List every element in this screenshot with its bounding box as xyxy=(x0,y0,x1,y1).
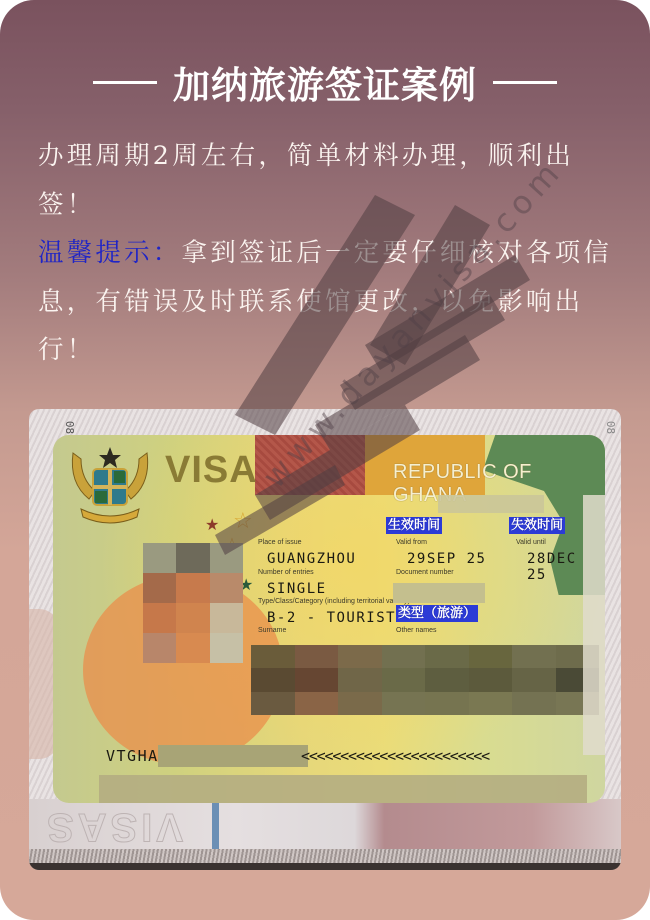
valid-until-label: Valid until xyxy=(516,539,546,546)
visa-heading: VISA xyxy=(165,449,258,492)
title-row: 加纳旅游签证案例 xyxy=(0,52,650,112)
mrz-filler: <<<<<<<<<<<<<<<<<<<<<<<< xyxy=(301,747,489,765)
mrz-prefix: VTGHA xyxy=(106,747,159,765)
processing-info: 办理周期2周左右，简单材料办理，顺利出签！ xyxy=(38,141,574,220)
valid-from-annotation: 生效时间 xyxy=(386,517,442,534)
star-icon: ☆ xyxy=(233,511,253,533)
passport-edge-shadow xyxy=(29,863,621,870)
redacted-field xyxy=(438,495,544,513)
title-divider-right xyxy=(493,81,557,84)
title-divider-left xyxy=(93,81,157,84)
valid-from-value: 29SEP 25 xyxy=(407,551,486,567)
place-of-issue-label: Place of issue xyxy=(258,539,302,546)
description-text: 办理周期2周左右，简单材料办理，顺利出签！ 温馨提示：拿到签证后一定要仔细核对各… xyxy=(38,132,628,375)
surname-label: Surname xyxy=(258,627,286,634)
page-title: 加纳旅游签证案例 xyxy=(173,55,477,109)
red-security-block xyxy=(255,435,365,495)
valid-from-label: Valid from xyxy=(396,539,427,546)
entries-label: Number of entries xyxy=(258,569,314,576)
other-names-label: Other names xyxy=(396,627,436,634)
page-number-right: 08 xyxy=(604,421,617,434)
redacted-mrz-segment xyxy=(158,745,308,767)
star-icon: ★ xyxy=(205,517,219,533)
visa-sticker: VISA REPUBLIC OF GHANA ★ ☆ ☆ ★ Place of … xyxy=(53,435,605,803)
passport-edge xyxy=(29,849,621,863)
entries-value: SINGLE xyxy=(267,581,327,597)
redacted-document-number xyxy=(393,583,485,603)
type-value: B-2 - TOURIST xyxy=(267,610,396,626)
ghana-coat-of-arms-icon xyxy=(67,443,153,529)
document-number-label: Document number xyxy=(396,569,454,576)
page-number: 08 xyxy=(63,421,76,434)
case-card: 加纳旅游签证案例 办理周期2周左右，简单材料办理，顺利出签！ 温馨提示：拿到签证… xyxy=(0,0,650,920)
type-label: Type/Class/Category (including territori… xyxy=(258,598,410,605)
tip-label: 温馨提示： xyxy=(38,238,182,268)
passport-stripe xyxy=(212,799,219,849)
type-annotation: 类型（旅游） xyxy=(396,605,478,622)
redacted-side-panel xyxy=(583,495,605,755)
place-of-issue-value: GUANGZHOU xyxy=(267,551,356,567)
redacted-mrz-line xyxy=(99,775,587,803)
passport-page-text: VISAS xyxy=(43,804,183,849)
passport-photo: VISAS 08 08 VISA REPUBLIC O xyxy=(29,409,621,870)
redacted-name xyxy=(251,645,599,715)
valid-until-annotation: 失效时间 xyxy=(509,517,565,534)
redacted-photo xyxy=(143,543,243,663)
